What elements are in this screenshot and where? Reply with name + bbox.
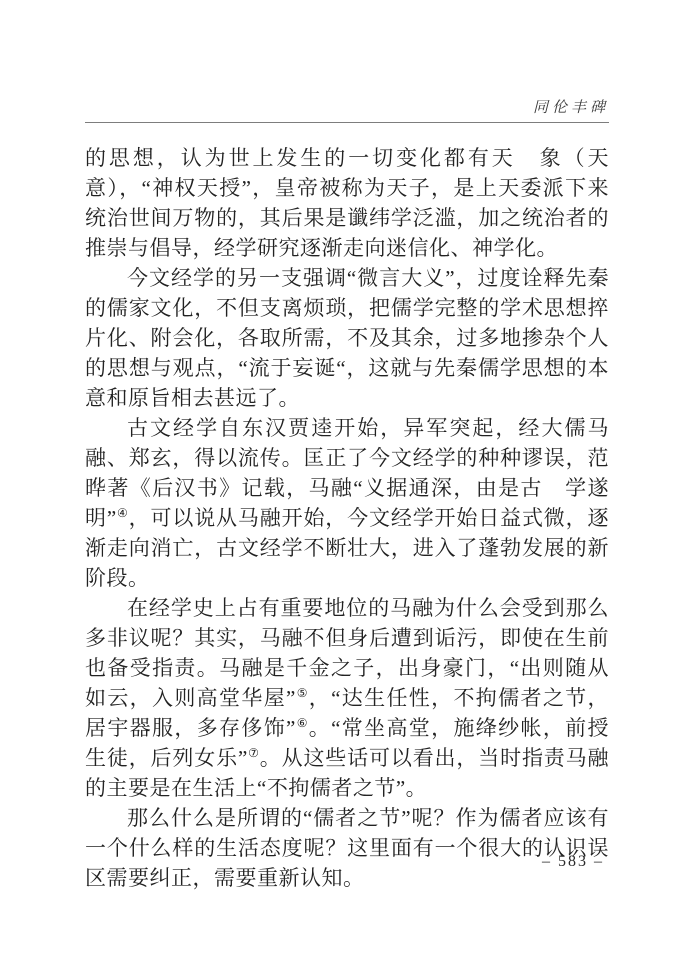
text-run: ，可以说从马融开始，今文经学开始日益式微，逐渐走向消亡，古文经学不断壮大，进入了… [85,506,609,590]
text-run: 那么什么是所谓的“儒者之节”呢？作为儒者应该有一个什么样的生活态度呢？这里面有一… [85,806,609,890]
text-run: 今文经学的另一支强调“微言大义”，过度诠释先秦的儒家文化，不但支离烦琐，把儒学完… [85,266,609,410]
footnote-ref: ⑤ [296,686,309,700]
footnote-ref: ⑦ [248,746,260,760]
footnote-ref: ⑥ [296,716,309,730]
page-number: – 583 – [542,853,604,871]
paragraph: 的思想，认为世上发生的一切变化都有天 象（天意），“神权天授”，皇帝被称为天子，… [85,143,609,263]
running-header: 同伦丰碑 [85,0,609,117]
footnote-ref: ④ [117,506,129,520]
content-area: 同伦丰碑 的思想，认为世上发生的一切变化都有天 象（天意），“神权天授”，皇帝被… [85,0,609,893]
text-run: 的思想，认为世上发生的一切变化都有天 象（天意），“神权天授”，皇帝被称为天子，… [85,146,609,260]
paragraph: 古文经学自东汉贾逵开始，异军突起，经大儒马融、郑玄，得以流传。匡正了今文经学的种… [85,413,609,593]
body-text: 的思想，认为世上发生的一切变化都有天 象（天意），“神权天授”，皇帝被称为天子，… [85,143,609,893]
paragraph: 在经学史上占有重要地位的马融为什么会受到那么多非议呢？其实，马融不但身后遭到诟污… [85,593,609,803]
paragraph: 今文经学的另一支强调“微言大义”，过度诠释先秦的儒家文化，不但支离烦琐，把儒学完… [85,263,609,413]
running-header-title: 同伦丰碑 [533,100,609,116]
book-page: 同伦丰碑 的思想，认为世上发生的一切变化都有天 象（天意），“神权天授”，皇帝被… [0,0,692,968]
paragraph: 那么什么是所谓的“儒者之节”呢？作为儒者应该有一个什么样的生活态度呢？这里面有一… [85,803,609,893]
header-rule [85,122,609,123]
